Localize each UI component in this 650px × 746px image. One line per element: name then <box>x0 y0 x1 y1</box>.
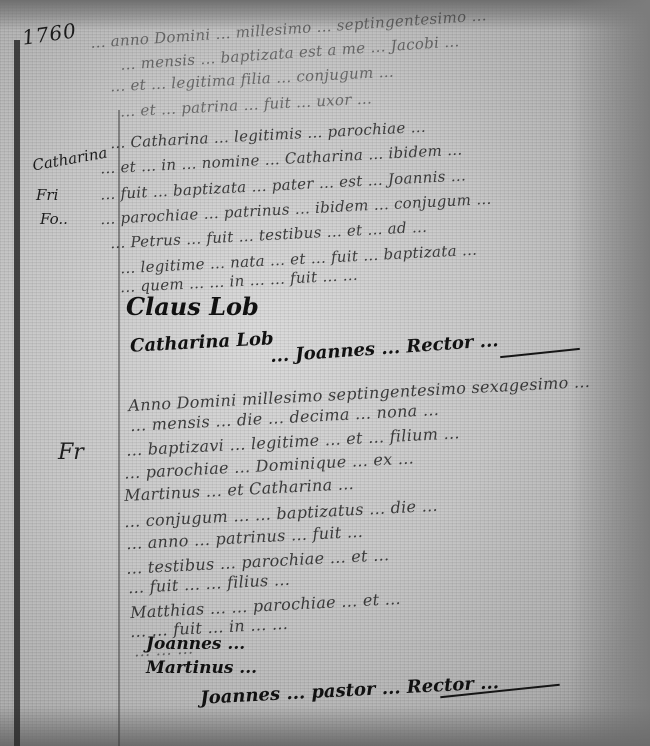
scan-shadow-bottom <box>0 706 650 746</box>
signature: Joannes ... <box>146 634 245 654</box>
margin-note: Catharina <box>31 144 109 175</box>
signature-flourish <box>500 348 580 358</box>
signature: Claus Lob <box>126 292 259 321</box>
margin-note: Fo.. <box>40 210 68 228</box>
margin-note: Fr <box>58 440 84 465</box>
signature: ... Joannes ... Rector ... <box>270 330 500 367</box>
page-fold-line <box>118 110 120 746</box>
manuscript-page: 1760 Catharina Fri Fo.. Fr ... anno Domi… <box>0 0 650 746</box>
text-line: ... et ... patrina ... fuit ... uxor ... <box>120 89 373 120</box>
margin-note: Fri <box>36 186 58 204</box>
signature: Catharina Lob <box>130 328 275 356</box>
margin-rule-line <box>14 40 20 746</box>
signature: Martinus ... <box>146 658 257 678</box>
